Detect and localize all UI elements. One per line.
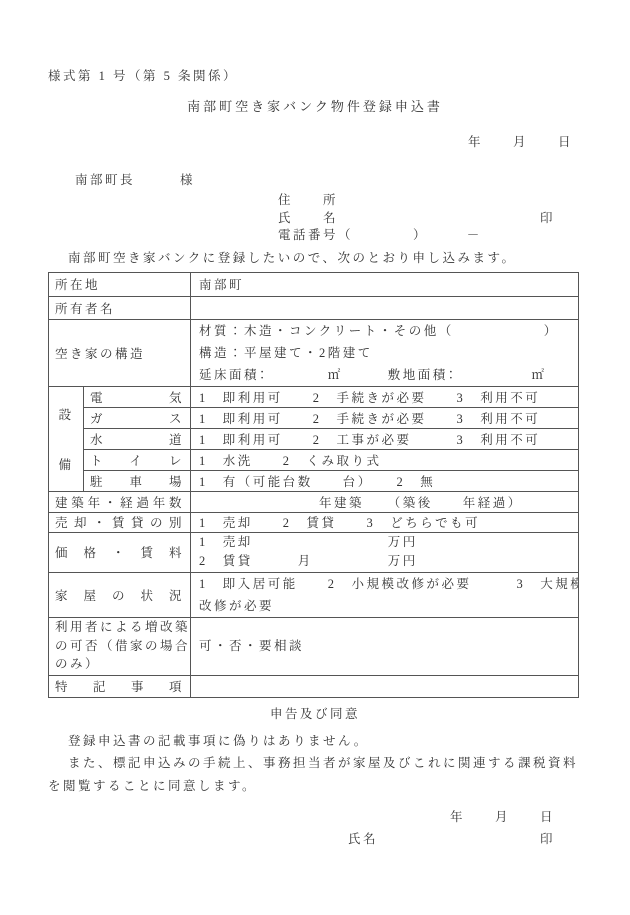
toilet-value: 1 水洗 2 くみ取り式 [191, 449, 579, 470]
renovation-label-line-1: 利用者による増改築 [55, 618, 184, 637]
table-row: 利用者による増改築 の可否（借家の場合 のみ） 可・否・要相談 [49, 617, 579, 675]
table-row: 駐車場 1 有（可能台数 台） 2 無 [49, 470, 579, 491]
addressee-line: 南部町長 様 [75, 170, 630, 188]
facilities-char-bi: 備 [58, 455, 73, 473]
table-row: 所在地 南部町 [49, 272, 579, 296]
seal-mark: 印 [540, 210, 555, 228]
electricity-value: 1 即利用可 2 手続きが必要 3 利用不可 [191, 386, 579, 407]
price-label: 価格・賃料 [49, 532, 191, 572]
table-row: 売却・賃貸の別 1 売却 2 賃貸 3 どちらでも可 [49, 512, 579, 532]
property-registration-table: 所在地 南部町 所有者名 空き家の構造 材質：木造・コンクリート・その他（ ） … [48, 272, 579, 698]
built-year-label: 建築年・経過年数 [49, 491, 191, 512]
declaration-line-3: を閲覧することに同意します。 [48, 775, 582, 798]
table-row: 水道 1 即利用可 2 工事が必要 3 利用不可 [49, 428, 579, 449]
declaration-paragraph: 登録申込書の記載事項に偽りはありません。 また、標記申込みの手続上、事務担当者が… [48, 730, 582, 798]
structure-area-line: 延床面積： ㎡ 敷地面積： ㎡ [199, 364, 576, 386]
price-rent-line: 2 賃貸 月 万円 [199, 552, 576, 572]
table-row: 所有者名 [49, 296, 579, 319]
notes-label: 特記事項 [49, 675, 191, 697]
renovation-label-line-2: の可否（借家の場合 [55, 637, 184, 656]
name-line: 氏 名 印 [278, 210, 555, 228]
electricity-label: 電気 [84, 386, 191, 407]
declaration-line-1: 登録申込書の記載事項に偽りはありません。 [48, 730, 582, 753]
declaration-line-2: また、標記申込みの手続上、事務担当者が家屋及びこれに関連する課税資料 [48, 752, 582, 775]
owner-value [191, 296, 579, 319]
structure-material-line: 材質：木造・コンクリート・その他（ ） [199, 320, 576, 342]
water-value: 1 即利用可 2 工事が必要 3 利用不可 [191, 428, 579, 449]
owner-label: 所有者名 [49, 296, 191, 319]
price-value: 1 売却 万円 2 賃貸 月 万円 [191, 532, 579, 572]
condition-line-2: 改修が必要 [199, 595, 576, 617]
price-sale-line: 1 売却 万円 [199, 533, 576, 553]
header-date-line: 年 月 日 [0, 132, 630, 150]
application-form-page: 様式第 1 号（第 5 条関係） 南部町空き家バンク物件登録申込書 年 月 日 … [0, 0, 630, 915]
toilet-label: トイレ [84, 449, 191, 470]
gas-value: 1 即利用可 2 手続きが必要 3 利用不可 [191, 407, 579, 428]
gas-label: ガス [84, 407, 191, 428]
parking-value: 1 有（可能台数 台） 2 無 [191, 470, 579, 491]
table-row: 設 備 電気 1 即利用可 2 手続きが必要 3 利用不可 [49, 386, 579, 407]
table-row: 空き家の構造 材質：木造・コンクリート・その他（ ） 構造：平屋建て・2階建て … [49, 319, 579, 386]
address-label: 住 所 [278, 192, 555, 210]
water-label: 水道 [84, 428, 191, 449]
table-row: 価格・賃料 1 売却 万円 2 賃貸 月 万円 [49, 532, 579, 572]
condition-line-1: 1 即入居可能 2 小規模改修が必要 3 大規模 [199, 573, 576, 595]
form-number: 様式第 1 号（第 5 条関係） [0, 0, 630, 84]
intro-sentence: 南部町空き家バンクに登録したいので、次のとおり申し込みます。 [48, 248, 582, 266]
facilities-group-label: 設 備 [49, 389, 83, 489]
sale-or-rent-label: 売却・賃貸の別 [49, 512, 191, 532]
signature-name-label: 氏名 [348, 829, 378, 847]
structure-type-line: 構造：平屋建て・2階建て [199, 342, 576, 364]
renovation-label: 利用者による増改築 の可否（借家の場合 のみ） [49, 617, 191, 675]
location-label: 所在地 [49, 272, 191, 296]
signature-seal-mark: 印 [540, 829, 555, 847]
sale-or-rent-value: 1 売却 2 賃貸 3 どちらでも可 [191, 512, 579, 532]
table-row: ガス 1 即利用可 2 手続きが必要 3 利用不可 [49, 407, 579, 428]
structure-value: 材質：木造・コンクリート・その他（ ） 構造：平屋建て・2階建て 延床面積： ㎡… [191, 319, 579, 386]
table-row: 特記事項 [49, 675, 579, 697]
signature-date-line: 年 月 日 [0, 807, 630, 825]
built-year-value: 年建築 （築後 年経過） [191, 491, 579, 512]
signature-name-line: 氏名 印 [348, 829, 555, 847]
phone-label: 電話番号（ ） － [278, 227, 555, 245]
table-row: 家屋の状況 1 即入居可能 2 小規模改修が必要 3 大規模 改修が必要 [49, 572, 579, 617]
location-value: 南部町 [191, 272, 579, 296]
structure-label: 空き家の構造 [49, 319, 191, 386]
facilities-char-setsu: 設 [58, 405, 73, 423]
applicant-contact-block: 住 所 氏 名 印 電話番号（ ） － [278, 192, 555, 245]
renovation-value: 可・否・要相談 [191, 617, 579, 675]
facilities-group-cell: 設 備 [49, 386, 84, 491]
name-label: 氏 名 [278, 210, 338, 228]
page-title: 南部町空き家バンク物件登録申込書 [0, 96, 630, 115]
notes-value [191, 675, 579, 697]
parking-label: 駐車場 [84, 470, 191, 491]
table-row: 建築年・経過年数 年建築 （築後 年経過） [49, 491, 579, 512]
declaration-heading: 申告及び同意 [0, 704, 630, 722]
condition-value: 1 即入居可能 2 小規模改修が必要 3 大規模 改修が必要 [191, 572, 579, 617]
table-row: トイレ 1 水洗 2 くみ取り式 [49, 449, 579, 470]
condition-label: 家屋の状況 [49, 572, 191, 617]
renovation-label-line-3: のみ） [55, 655, 184, 674]
